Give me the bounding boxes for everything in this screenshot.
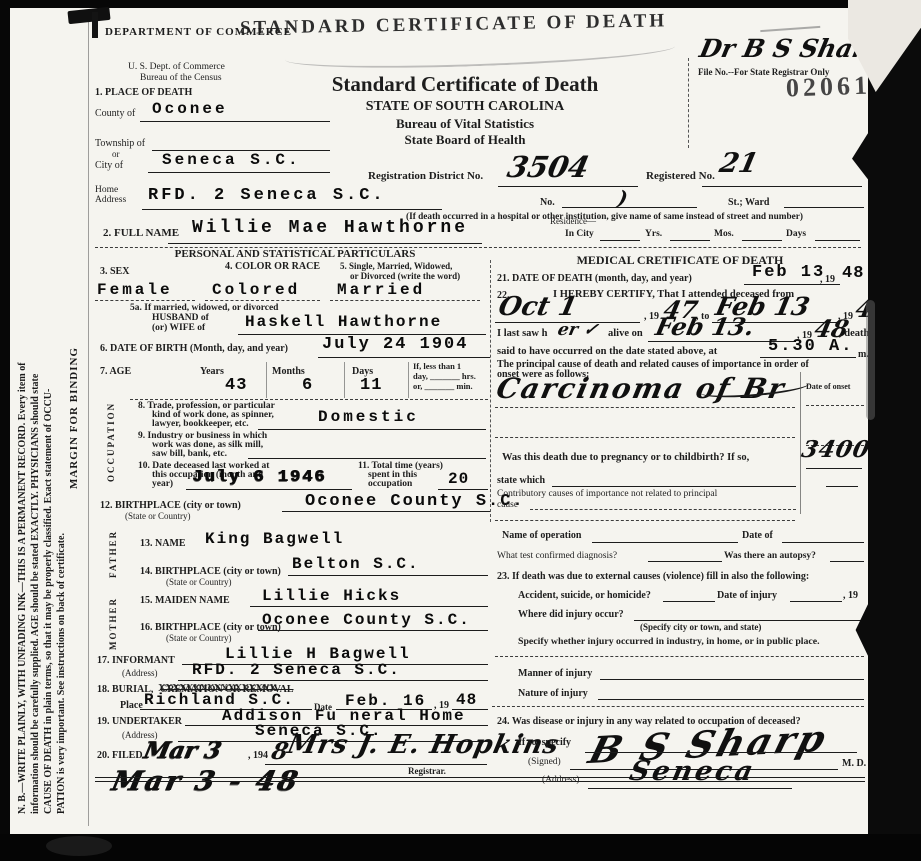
spouse-value: Haskell Hawthorne xyxy=(245,313,442,331)
informant-address-label: (Address) xyxy=(122,668,158,678)
torn-edge-band xyxy=(868,0,921,861)
mother-birthplace-sublabel: (State or Country) xyxy=(166,633,232,643)
filed-label: 20. FILED xyxy=(97,750,143,761)
mother-name-label: 15. MAIDEN NAME xyxy=(140,595,230,606)
field-line xyxy=(282,511,490,512)
field-line xyxy=(806,468,862,469)
physician-address-handwriting: Seneca xyxy=(627,756,759,787)
age-cell-divider xyxy=(266,362,267,398)
bottom-scan-band xyxy=(0,834,921,861)
trade-value: Domestic xyxy=(318,408,419,426)
last-worked-label-3: year) xyxy=(152,479,173,489)
attended-from-handwriting: Oct 1 xyxy=(496,292,580,322)
field-line xyxy=(142,209,442,210)
county-value: Oconee xyxy=(152,100,228,118)
field-line xyxy=(205,300,320,301)
state-which-label: state which xyxy=(497,475,545,486)
bottom-blob xyxy=(46,836,112,856)
informant-address-value: RFD. 2 Seneca S.C. xyxy=(192,661,401,679)
mother-birthplace-value: Oconee County S.C. xyxy=(262,611,471,629)
age-cell-divider xyxy=(408,362,409,398)
edge-streak xyxy=(866,300,875,420)
scanned-death-certificate: N. B.—WRITE PLAINLY, WITH UNFADING INK—T… xyxy=(0,0,921,861)
dod-year-value: 48 xyxy=(842,264,864,283)
place-of-death-label: 1. PLACE OF DEATH xyxy=(95,87,192,98)
field-line xyxy=(330,300,480,301)
father-birthplace-label: 14. BIRTHPLACE (city or town) xyxy=(140,566,281,577)
specify-city-note: (Specify city or town, and state) xyxy=(640,622,761,632)
mos-label: Mos. xyxy=(714,229,734,239)
field-line xyxy=(790,601,842,602)
md-label: M. D. xyxy=(842,758,866,769)
field-line xyxy=(782,542,864,543)
field-line xyxy=(498,186,638,187)
field-line xyxy=(140,121,330,122)
nature-of-injury-label: Nature of injury xyxy=(518,688,588,699)
last-saw-text: I last saw h xyxy=(497,328,547,339)
race-label: 4. COLOR OR RACE xyxy=(225,261,320,272)
age-years-header: Years xyxy=(200,366,224,377)
race-value: Colored xyxy=(212,281,300,299)
code-handwriting: 3400 xyxy=(799,436,873,463)
onset-column-divider xyxy=(800,372,801,514)
time-of-death-value: 5.30 A. xyxy=(768,337,853,356)
days-label: Days xyxy=(786,229,806,239)
registered-no-label: Registered No. xyxy=(646,170,715,182)
age-label: 7. AGE xyxy=(100,366,131,377)
age-note-3: or, _______ min. xyxy=(413,381,473,391)
age-note-1: If, less than 1 xyxy=(413,361,461,371)
margin-note-line: CAUSE OF DEATH in plain terms, so that i… xyxy=(42,22,55,814)
occupation-side-label: OCCUPATION xyxy=(106,402,116,482)
registration-district-value: 3504 xyxy=(504,150,592,184)
wife-of-label: (or) WIFE of xyxy=(152,323,205,333)
field-line xyxy=(552,486,796,487)
file-number-stamp: 02061 xyxy=(786,71,872,104)
filed-year-prefix: , 194 xyxy=(248,750,268,761)
if-so-specify-label: If so, specify xyxy=(518,737,571,748)
birthplace-label: 12. BIRTHPLACE (city or town) xyxy=(100,500,241,511)
margin-note-line: N. B.—WRITE PLAINLY, WITH UNFADING INK—T… xyxy=(16,22,29,814)
field-line xyxy=(648,561,722,562)
field-line xyxy=(178,680,488,681)
father-birthplace-value: Belton S.C. xyxy=(292,555,420,573)
board-line: State Board of Health xyxy=(300,132,630,148)
birthplace-value: Oconee County S.C. xyxy=(305,492,525,511)
field-line xyxy=(495,656,864,657)
signed-label: (Signed) xyxy=(528,757,561,767)
pregnancy-question: Was this death due to pregnancy or to ch… xyxy=(502,452,749,463)
field-line xyxy=(130,399,488,400)
field-line xyxy=(585,752,857,753)
total-time-value: 20 xyxy=(448,470,469,488)
last-worked-value: July 6 1946 xyxy=(192,468,326,487)
ink-smudge xyxy=(92,12,98,38)
autopsy-label: Was there an autopsy? xyxy=(724,551,816,561)
field-line xyxy=(562,207,697,208)
specify-industry-note: Specify whether injury occurred in indus… xyxy=(518,636,820,647)
birthplace-sublabel: (State or Country) xyxy=(125,511,191,521)
mother-name-value: Lillie Hicks xyxy=(262,587,401,605)
field-line xyxy=(600,240,640,241)
last-saw-date-handwriting: Feb 13. xyxy=(653,312,757,341)
injury-year-prefix: , 19 xyxy=(843,590,858,601)
sex-label: 3. SEX xyxy=(100,266,129,277)
age-days-value: 11 xyxy=(360,376,382,395)
ward-label: St.; Ward xyxy=(728,197,770,208)
age-months-value: 6 xyxy=(302,376,313,395)
field-line xyxy=(760,357,856,358)
manner-of-injury-label: Manner of injury xyxy=(518,668,592,679)
last-saw-handwriting: er ✓ xyxy=(556,320,600,340)
field-line xyxy=(258,429,486,430)
field-line xyxy=(438,489,488,490)
field-line xyxy=(784,207,864,208)
marital-label-1: 5. Single, Married, Widowed, xyxy=(340,261,452,271)
undertaker-label: 19. UNDERTAKER xyxy=(97,716,182,727)
where-injury-label: Where did injury occur? xyxy=(518,609,624,620)
sex-value: Female xyxy=(97,281,173,299)
dob-label: 6. DATE OF BIRTH (Month, day, and year) xyxy=(100,343,288,354)
field-line xyxy=(663,601,715,602)
field-line xyxy=(265,764,487,765)
township-label: Township of xyxy=(95,138,145,149)
street-no-label: No. xyxy=(540,197,555,208)
field-line xyxy=(634,620,864,621)
home-label-2: Address xyxy=(95,195,126,205)
in-city-label: In City xyxy=(565,229,594,239)
date-of-death-value: Feb 13 xyxy=(752,263,825,282)
operation-label: Name of operation xyxy=(502,530,581,541)
date-of-onset-label: Date of onset xyxy=(806,382,850,391)
home-label-1: Home xyxy=(95,185,118,195)
age-months-header: Months xyxy=(272,366,305,377)
city-value: Seneca S.C. xyxy=(162,151,301,169)
field-line xyxy=(148,172,330,173)
field-line xyxy=(495,437,795,438)
filed-date-handwriting: Mar 3 xyxy=(141,737,223,764)
date-of-death-label: 21. DATE OF DEATH (month, day, and year) xyxy=(497,273,692,284)
s5a-label: 5a. If married, widowed, or divorced xyxy=(130,303,278,313)
father-birthplace-sublabel: (State or Country) xyxy=(166,577,232,587)
father-name-label: 13. NAME xyxy=(140,538,186,549)
city-label: City of xyxy=(95,160,123,171)
marital-value: Married xyxy=(337,281,425,299)
county-label: County of xyxy=(95,108,135,119)
agency-line1: U. S. Dept. of Commerce xyxy=(128,62,225,72)
full-name-value: Willie Mae Hawthorne xyxy=(192,218,468,238)
field-line xyxy=(588,788,792,789)
husband-of-label: HUSBAND of xyxy=(152,313,209,323)
father-name-value: King Bagwell xyxy=(205,530,344,548)
margin-heading: MARGIN FOR BINDING xyxy=(68,22,81,814)
field-line xyxy=(600,679,864,680)
operation-date-label: Date of xyxy=(742,530,773,541)
certificate-title: Standard Certificate of Death xyxy=(300,72,630,97)
agency-line2: Bureau of the Census xyxy=(140,73,222,83)
field-line xyxy=(742,240,782,241)
field-line xyxy=(815,240,860,241)
marital-label-2: or Divorced (write the word) xyxy=(350,271,460,281)
trade-label-3: lawyer, bookkeeper, etc. xyxy=(152,419,249,429)
field-line xyxy=(95,300,195,301)
field-line xyxy=(288,575,488,576)
injury-date-label: Date of injury xyxy=(717,590,777,601)
physician-address-label: (Address) xyxy=(542,775,579,785)
accident-label: Accident, suicide, or homicide? xyxy=(518,590,651,601)
mother-side-label: MOTHER xyxy=(108,597,118,650)
field-line xyxy=(592,542,738,543)
field-line xyxy=(806,405,864,406)
field-line xyxy=(186,489,352,490)
column-divider xyxy=(490,260,491,522)
field-line xyxy=(530,509,796,510)
field-line xyxy=(168,243,482,244)
contributory-text-2: cause xyxy=(497,500,518,510)
industry-label-3: saw bill, bank, etc. xyxy=(152,449,227,459)
field-line xyxy=(702,186,862,187)
age-note-2: day, _______ hrs. xyxy=(413,371,476,381)
test-label: What test confirmed diagnosis? xyxy=(497,551,617,561)
field-line xyxy=(318,357,490,358)
dod-year-prefix: , 19 xyxy=(820,274,835,285)
binding-margin-note: N. B.—WRITE PLAINLY, WITH UNFADING INK—T… xyxy=(16,22,81,814)
full-name-label: 2. FULL NAME xyxy=(103,227,179,239)
mother-birthplace-label: 16. BIRTHPLACE (city or town) xyxy=(140,622,281,633)
occurred-text: said to have occurred on the date stated… xyxy=(497,346,717,357)
field-line xyxy=(495,520,795,521)
field-line xyxy=(830,561,864,562)
total-time-label-3: occupation xyxy=(368,479,412,489)
field-line xyxy=(250,606,488,607)
contributory-text-1: Contributory causes of importance not re… xyxy=(497,489,717,499)
header-divider xyxy=(688,58,689,148)
age-years-value: 43 xyxy=(225,376,247,395)
margin-divider-line xyxy=(88,14,89,826)
field-line xyxy=(598,699,864,700)
state-line: STATE OF SOUTH CAROLINA xyxy=(300,99,630,115)
field-line xyxy=(670,240,710,241)
field-line xyxy=(248,458,486,459)
bureau-line: Bureau of Vital Statistics xyxy=(300,116,630,132)
field-line xyxy=(258,630,488,631)
section-divider-line xyxy=(492,706,864,707)
field-line xyxy=(495,407,795,408)
personal-particulars-heading: PERSONAL AND STATISTICAL PARTICULARS xyxy=(120,248,470,260)
residence-label: Residence— xyxy=(550,216,596,226)
age-cell-divider xyxy=(344,362,345,398)
registered-no-value: 21 xyxy=(717,148,761,179)
home-address-value: RFD. 2 Seneca S.C. xyxy=(148,186,386,205)
yrs-label: Yrs. xyxy=(645,229,662,239)
margin-note-line: PATION is very important. See instructio… xyxy=(55,22,68,814)
alive-on-label: alive on xyxy=(608,328,643,339)
field-line xyxy=(826,486,858,487)
registrar-label: Registrar. xyxy=(408,766,446,776)
or-label: or xyxy=(112,149,120,159)
informant-label: 17. INFORMANT xyxy=(97,655,175,666)
external-causes-label: 23. If death was due to external causes … xyxy=(497,571,809,582)
father-side-label: FATHER xyxy=(108,530,118,578)
registration-district-label: Registration District No. xyxy=(368,170,483,182)
margin-note-line: information should be carefully supplied… xyxy=(29,22,42,814)
dob-value: July 24 1904 xyxy=(322,335,468,354)
